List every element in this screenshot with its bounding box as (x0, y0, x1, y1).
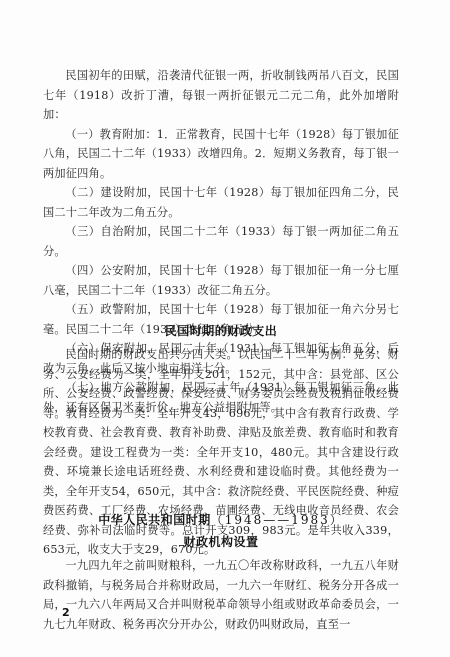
section-heading-republic-expenditure: 民国时期的财政支出 (43, 322, 399, 339)
paragraph-education-surcharge: （一）教育附加：1．正常教育，民国十七年（1928）每丁银加征八角，民国二十二年… (43, 125, 399, 184)
subheading-finance-institutions: 财政机构设置 (43, 533, 399, 550)
scanned-document-page: 民国初年的田赋，沿袭清代征银一两，折收制钱两吊八百文，民国七年（1918）改折丁… (0, 0, 450, 657)
page-number: 2 (62, 606, 70, 619)
paragraph-public-security-surcharge: （四）公安附加，民国十七年（1928）每丁银加征一角一分七厘八毫，民国二十二年（… (43, 261, 399, 300)
paragraph-autonomy-surcharge: （三）自治附加，民国二十二年（1933）每丁银一两加征二角五分。 (43, 222, 399, 261)
section-finance-institutions: 一九四九年之前叫财粮科，一九五〇年改称财政科，一九五八年财政科撤销，与税务局合并… (43, 556, 399, 634)
paragraph-institution-history: 一九四九年之前叫财粮科，一九五〇年改称财政科，一九五八年财政科撤销，与税务局合并… (43, 556, 399, 634)
paragraph-construction-surcharge: （二）建设附加，民国十七年（1928）每丁银加征四角二分，民国二十二年改为二角五… (43, 183, 399, 222)
section-heading-prc-period: 中华人民共和国时期（1948——1983） (43, 511, 399, 528)
paragraph-land-tax-intro: 民国初年的田赋，沿袭清代征银一两，折收制钱两吊八百文，民国七年（1918）改折丁… (43, 66, 399, 125)
heading-prc-title: 中华人民共和国时期 (98, 513, 211, 527)
heading-prc-years: （1948——1983） (211, 513, 344, 527)
